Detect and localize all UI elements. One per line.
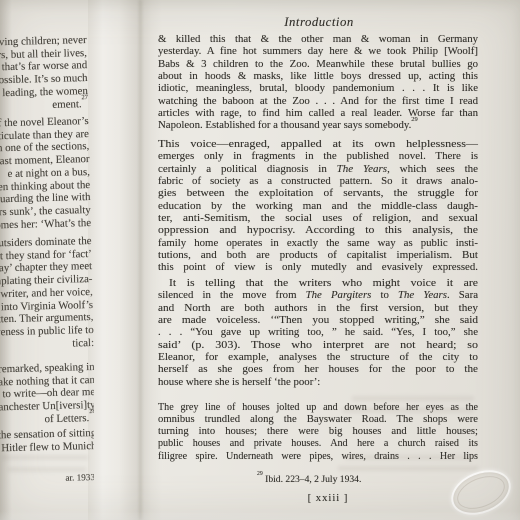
bleed-through-text <box>8 467 86 472</box>
left-page-fragment: ess the sensation of sittingow Hitler fl… <box>0 427 94 455</box>
paragraph: & killed this that & the other man & wom… <box>158 33 478 132</box>
paragraph: This voice—enraged, appalled at its own … <box>158 138 478 274</box>
left-page-fragment: f the novel Eleanor’sticulate than they … <box>0 115 91 232</box>
bleed-through-text <box>2 455 88 460</box>
book-page-photo: having children; neverears, but all thei… <box>0 0 520 520</box>
left-page-sliver: having children; neverears, but all thei… <box>0 0 94 520</box>
left-page-text: having children; neverears, but all thei… <box>0 0 94 520</box>
bleed-through-text <box>352 396 474 401</box>
book-gutter-shadow <box>88 0 162 520</box>
footnote: 29 Ibid. 223–4, 2 July 1934. <box>257 474 361 485</box>
page-bottom-highlight <box>0 511 520 520</box>
bleed-through-text <box>345 455 473 460</box>
left-page-fragment: utsiders dominate thet they stand for ‘f… <box>0 235 94 352</box>
bleed-through-text <box>342 408 474 413</box>
page-header-title: Introduction <box>158 15 480 30</box>
right-page: Introduction & killed this that & the ot… <box>158 0 480 520</box>
gutter-crease <box>139 0 142 520</box>
left-page-fragment: having children; neverears, but all thei… <box>0 34 88 113</box>
photo-left-edge-shadow <box>0 0 12 520</box>
bleed-through-text <box>338 466 478 471</box>
paragraph: It is telling that the writers who might… <box>158 277 478 388</box>
left-page-fragment: st remarked, speaking intake nothing tha… <box>0 361 94 427</box>
folio-page-number: [ xxiii ] <box>168 493 488 504</box>
